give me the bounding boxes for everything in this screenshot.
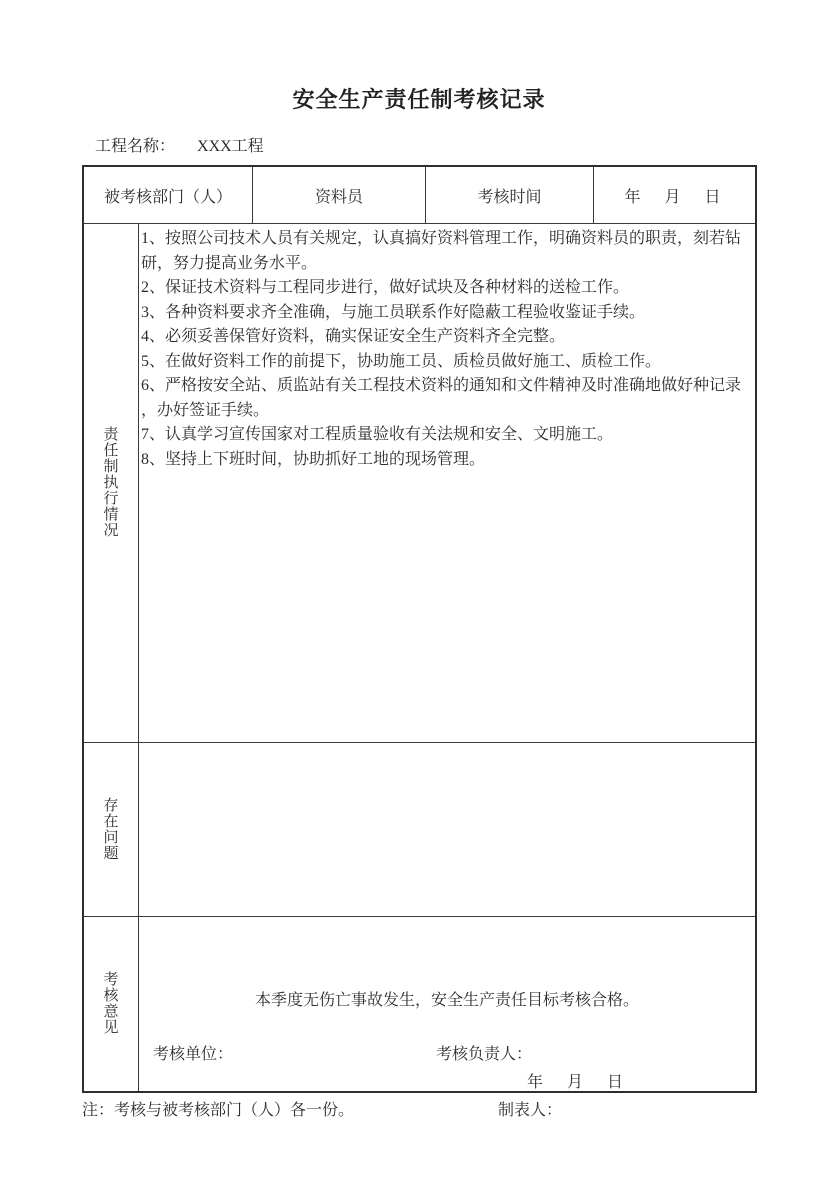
footnote-note: 注：考核与被考核部门（人）各一份。 <box>82 1097 354 1120</box>
signature-line: 考核单位：考核负责人： <box>153 1041 532 1064</box>
opinion-date: 年 月 日 <box>527 1069 627 1092</box>
responsibility-item: 1、按照公司技术人员有关规定，认真搞好资料管理工作，明确资料员的职责，刻若钻 研… <box>141 227 755 276</box>
assess-responsible-label: 考核负责人： <box>436 1046 532 1063</box>
responsibility-item: 8、坚持上下班时间，协助抓好工地的现场管理。 <box>141 448 755 473</box>
header-cell-date: 年 月 日 <box>594 167 755 223</box>
responsibility-row-label-cell: 责任制执行情况 <box>84 224 139 742</box>
opinion-row: 考核意见 本季度无伤亡事故发生，安全生产责任目标考核合格。 考核单位：考核负责人… <box>84 917 755 1091</box>
project-name-value: XXX工程 <box>197 138 264 155</box>
assessment-table: 被考核部门（人） 资料员 考核时间 年 月 日 责任制执行情况 1、按照公司技术… <box>82 165 757 1093</box>
responsibility-content-cell: 1、按照公司技术人员有关规定，认真搞好资料管理工作，明确资料员的职责，刻若钻 研… <box>139 224 755 742</box>
responsibility-row-label: 责任制执行情况 <box>103 427 119 539</box>
responsibility-item: 2、保证技术资料与工程同步进行，做好试块及各种材料的送检工作。 <box>141 276 755 301</box>
header-cell-assessed-department: 被考核部门（人） <box>84 167 253 223</box>
opinion-row-label-cell: 考核意见 <box>84 917 139 1091</box>
responsibility-items: 1、按照公司技术人员有关规定，认真搞好资料管理工作，明确资料员的职责，刻若钻 研… <box>139 224 755 472</box>
document-page: 安全生产责任制考核记录 工程名称：XXX工程 被考核部门（人） 资料员 考核时间… <box>0 0 838 1186</box>
problems-row-label-cell: 存在问题 <box>84 743 139 916</box>
problems-row: 存在问题 <box>84 743 755 917</box>
footnote-line: 注：考核与被考核部门（人）各一份。 制表人： <box>0 1097 838 1119</box>
header-cell-position: 资料员 <box>253 167 426 223</box>
project-name-label: 工程名称： <box>95 138 175 155</box>
opinion-row-label: 考核意见 <box>103 972 119 1036</box>
header-cell-assessment-time: 考核时间 <box>426 167 594 223</box>
responsibility-item: 6、严格按安全站、质监站有关工程技术资料的通知和文件精神及时准确地做好种记录 ，… <box>141 374 755 423</box>
problems-content-cell <box>139 743 755 916</box>
responsibility-item: 3、各种资料要求齐全准确，与施工员联系作好隐蔽工程验收鉴证手续。 <box>141 301 755 326</box>
responsibility-item: 7、认真学习宣传国家对工程质量验收有关法规和安全、文明施工。 <box>141 423 755 448</box>
assess-unit-label: 考核单位： <box>153 1046 233 1063</box>
page-title: 安全生产责任制考核记录 <box>0 83 838 114</box>
table-header-row: 被考核部门（人） 资料员 考核时间 年 月 日 <box>84 167 755 224</box>
responsibility-item: 5、在做好资料工作的前提下，协助施工员、质检员做好施工、质检工作。 <box>141 350 755 375</box>
problems-row-label: 存在问题 <box>103 798 119 862</box>
responsibility-row: 责任制执行情况 1、按照公司技术人员有关规定，认真搞好资料管理工作，明确资料员的… <box>84 224 755 743</box>
opinion-content-cell: 本季度无伤亡事故发生，安全生产责任目标考核合格。 考核单位：考核负责人： 年 月… <box>139 917 755 1091</box>
project-name-line: 工程名称：XXX工程 <box>95 133 264 156</box>
opinion-comment: 本季度无伤亡事故发生，安全生产责任目标考核合格。 <box>139 987 755 1010</box>
tabulator-label: 制表人： <box>498 1097 562 1120</box>
responsibility-item: 4、必须妥善保管好资料，确实保证安全生产资料齐全完整。 <box>141 325 755 350</box>
